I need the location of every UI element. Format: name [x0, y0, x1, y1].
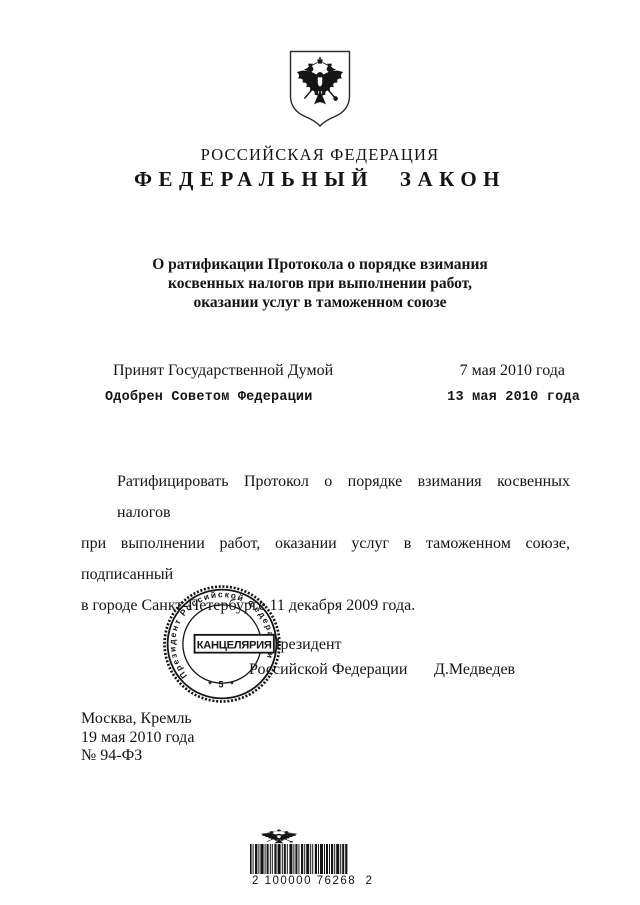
chancellery-stamp-icon: Президент Российской Федерации * 5 * КАН…: [161, 583, 283, 705]
document-page: РОССИЙСКАЯ ФЕДЕРАЦИЯ ФЕДЕРАЛЬНЫЙ ЗАКОН О…: [0, 0, 640, 905]
coat-of-arms-icon: [287, 49, 353, 128]
footer-block: Москва, Кремль 19 мая 2010 года № 94-ФЗ: [81, 710, 194, 766]
body-line-2: при выполнении работ, оказании услуг в т…: [81, 528, 570, 590]
body-line-3: в городе Санкт-Петербурге 11 декабря 200…: [81, 590, 570, 621]
barcode-bars: [250, 844, 348, 874]
adoption-duma-label: Принят Государственной Думой: [113, 362, 333, 380]
law-type-title: ФЕДЕРАЛЬНЫЙ ЗАКОН: [0, 167, 640, 192]
footer-date: 19 мая 2010 года: [81, 729, 194, 748]
barcode-digits: 2 100000 76268 2: [250, 875, 362, 887]
adoption-council-label: Одобрен Советом Федерации: [105, 390, 313, 405]
signature-name: Д.Медведев: [434, 661, 515, 678]
body-line-1: Ратифицировать Протокол о порядке взиман…: [81, 466, 570, 528]
country-title: РОССИЙСКАЯ ФЕДЕРАЦИЯ: [0, 145, 640, 165]
body-paragraph: Ратифицировать Протокол о порядке взиман…: [81, 466, 570, 621]
barcode-block: 2 100000 76268 2: [250, 829, 362, 887]
law-title: О ратификации Протокола о порядке взиман…: [0, 255, 640, 312]
law-title-line-2: косвенных налогов при выполнении работ,: [0, 274, 640, 293]
law-title-line-3: оказании услуг в таможенном союзе: [0, 293, 640, 312]
adoption-duma-date: 7 мая 2010 года: [460, 362, 565, 380]
footer-number: № 94-ФЗ: [81, 747, 194, 766]
adoption-council-date: 13 мая 2010 года: [447, 390, 580, 405]
footer-place: Москва, Кремль: [81, 710, 194, 729]
adoption-duma-row: Принят Государственной Думой 7 мая 2010 …: [113, 362, 565, 380]
barcode-eagle-icon: [258, 829, 300, 844]
law-title-line-1: О ратификации Протокола о порядке взиман…: [0, 255, 640, 274]
stamp-bottom-label: * 5 *: [208, 680, 235, 690]
stamp-center-label: КАНЦЕЛЯРИЯ: [197, 640, 272, 652]
adoption-council-row: Одобрен Советом Федерации 13 мая 2010 го…: [105, 390, 580, 405]
